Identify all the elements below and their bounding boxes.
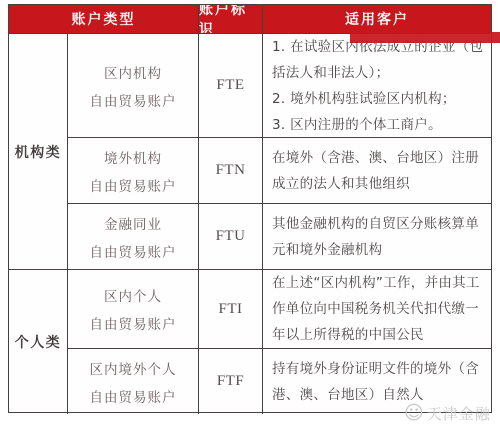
red-patch-overlay [350,32,500,43]
type-name: 金融同业 [104,213,162,233]
header-account-code-label: 账户标识 [199,5,262,34]
watermark: ☺ 天津金融 [404,402,491,425]
type-suffix: 自由贸易账户 [90,313,177,333]
table-row-fti-type: 区内个人 自由贸易账户 [68,270,199,349]
table-row-fte-code: FTE [199,34,263,138]
table-row-ftu-code: FTU [199,204,263,270]
type-name: 区内个人 [104,285,162,305]
table-row-ftf-type: 区内境外个人 自由贸易账户 [68,349,199,414]
table-row-ftu-customers: 其他金融机构的自贸区分账核算单元和境外金融机构 [263,204,491,270]
header-customers: 适用客户 [263,5,491,34]
table-row-fti-customers: 在上述“区内机构”工作，并由其工作单位向中国税务机关代扣代缴一年以上所得税的中国… [263,270,491,349]
header-account-type-label: 账户类型 [72,9,136,29]
table-row-fte-customers: 1. 在试验区内依法成立的企业（包括法人和非法人）； 2. 境外机构驻试验区内机… [263,34,491,138]
customers-text: 1. 在试验区内依法成立的企业（包括法人和非法人）； 2. 境外机构驻试验区内机… [272,34,486,138]
type-name: 区内机构 [104,62,162,82]
table-row-fte-type: 区内机构 自由贸易账户 [68,34,199,138]
customers-text: 其他金融机构的自贸区分账核算单元和境外金融机构 [272,211,486,263]
type-name: 境外机构 [104,147,162,167]
group-label-institutions: 机构类 [15,142,62,162]
customers-text: 在上述“区内机构”工作，并由其工作单位向中国税务机关代扣代缴一年以上所得税的中国… [272,270,486,348]
group-cell-personal: 个人类 [9,270,68,414]
table-row-ftf-code: FTF [199,349,263,414]
header-customers-label: 适用客户 [345,9,409,29]
account-types-table: 账户类型 账户标识 适用客户 机构类 个人类 区内机构 自由贸易账户 FTE 1… [8,4,492,413]
code-value: FTI [219,301,243,318]
type-suffix: 自由贸易账户 [90,175,177,195]
table-row-ftn-type: 境外机构 自由贸易账户 [68,138,199,204]
code-value: FTF [217,373,244,390]
code-value: FTU [216,228,246,245]
customers-text: 在境外（含港、澳、台地区）注册成立的法人和其他组织 [272,145,486,197]
group-cell-institutions: 机构类 [9,34,68,270]
type-suffix: 自由贸易账户 [90,241,177,261]
watermark-text: 天津金融 [427,403,491,424]
type-suffix: 自由贸易账户 [90,90,177,110]
page: 账户类型 账户标识 适用客户 机构类 个人类 区内机构 自由贸易账户 FTE 1… [0,0,500,437]
code-value: FTN [216,162,246,179]
table-row-fti-code: FTI [199,270,263,349]
group-label-personal: 个人类 [15,332,62,352]
header-account-type: 账户类型 [9,5,199,34]
header-account-code: 账户标识 [199,5,263,34]
table-row-ftu-type: 金融同业 自由贸易账户 [68,204,199,270]
type-name: 区内境外个人 [90,358,177,378]
smiley-logo-icon: ☺ [404,404,424,423]
table-row-ftn-code: FTN [199,138,263,204]
table-row-ftn-customers: 在境外（含港、澳、台地区）注册成立的法人和其他组织 [263,138,491,204]
code-value: FTE [216,77,244,94]
type-suffix: 自由贸易账户 [90,386,177,406]
customers-text: 持有境外身份证明文件的境外（含港、澳、台地区）自然人 [272,356,486,408]
